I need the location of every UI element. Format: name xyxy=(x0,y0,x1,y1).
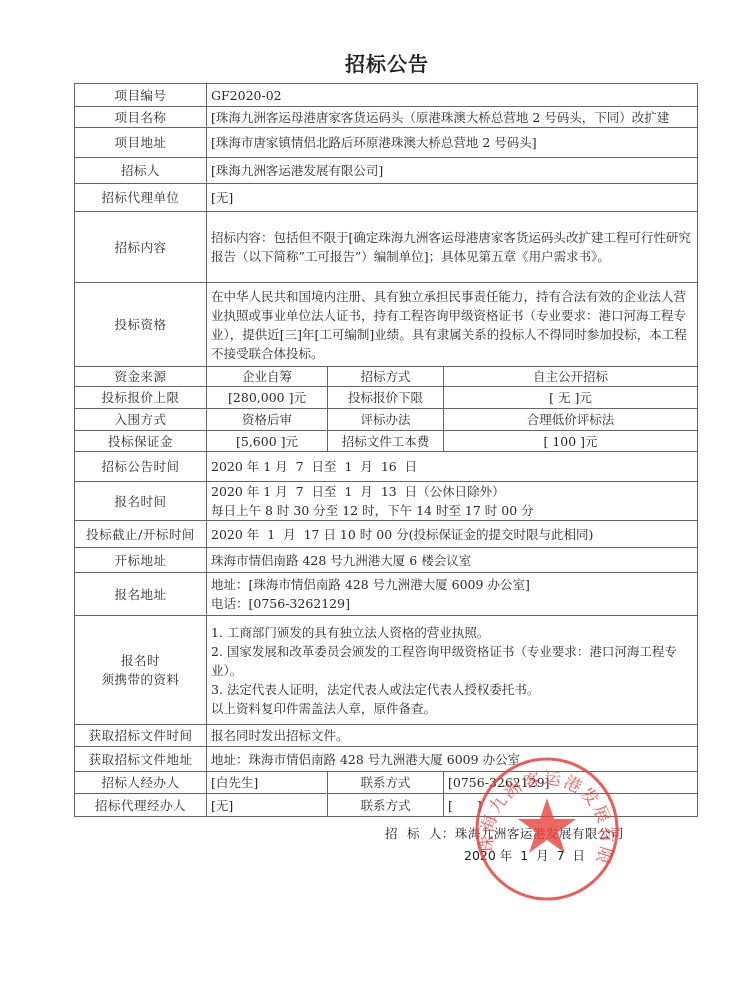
value-register-time: 2020 年 1 月 7 日至 1 月 13 日（公休日除外） 每日上午 8 时… xyxy=(207,482,698,521)
row-materials: 报名时 须携带的资料 1. 工商部门颁发的具有独立法人资格的营业执照。 2. 国… xyxy=(75,616,698,725)
value-price-cap: [280,000 ]元 xyxy=(207,387,328,409)
row-notice-time: 招标公告时间 2020 年 1 月 7 日至 1 月 16 日 xyxy=(75,452,698,482)
value-project-no: GF2020-02 xyxy=(207,84,698,107)
register-phone-line: 电话：[0756-3262129] xyxy=(211,594,693,613)
value-opening-address: 珠海市情侣南路 428 号九洲港大厦 6 楼会议室 xyxy=(207,548,698,573)
label-doc-time: 获取招标文件时间 xyxy=(75,725,207,747)
row-content: 招标内容 招标内容：包括但不限于[确定珠海九洲客运母港唐家客货运码头改扩建工程可… xyxy=(75,212,698,283)
label-evaluation: 评标办法 xyxy=(328,409,444,431)
row-agency: 招标代理单位 [无] xyxy=(75,184,698,212)
label-content: 招标内容 xyxy=(75,212,207,283)
value-agency-contact: [ ] xyxy=(444,794,698,817)
materials-item-1: 1. 工商部门颁发的具有独立法人资格的营业执照。 xyxy=(211,623,693,642)
value-tenderer-contact: [0756-3262129] xyxy=(444,772,698,794)
signature-tenderer: 招 标 人：珠海九洲客运港发展有限公司 xyxy=(385,824,624,842)
label-doc-address: 获取招标文件地址 xyxy=(75,747,207,772)
value-bond: [5,600 ]元 xyxy=(207,431,328,452)
value-agency: [无] xyxy=(207,184,698,212)
row-project-name: 项目名称 [珠海九洲客运母港唐家客货运码头（原港珠澳大桥总营地 2 号码头，下同… xyxy=(75,107,698,128)
register-address-line: 地址：[珠海市情侣南路 428 号九洲港大厦 6009 办公室] xyxy=(211,575,693,594)
register-daily-hours: 每日上午 8 时 30 分至 12 时，下午 14 时至 17 时 00 分 xyxy=(211,501,693,520)
value-tender-method: 自主公开招标 xyxy=(444,367,698,387)
page-title: 招标公告 xyxy=(0,48,740,77)
value-price-floor: [ 无 ]元 xyxy=(444,387,698,409)
value-agency-handler: [无] xyxy=(207,794,328,817)
row-tenderer: 招标人 [珠海九洲客运港发展有限公司] xyxy=(75,158,698,184)
row-fund-source: 资金来源 企业自筹 招标方式 自主公开招标 xyxy=(75,367,698,387)
label-notice-time: 招标公告时间 xyxy=(75,452,207,482)
register-date-range: 2020 年 1 月 7 日至 1 月 13 日（公休日除外） xyxy=(211,482,693,501)
materials-label-line1: 报名时 xyxy=(79,651,202,670)
value-doc-fee: [ 100 ]元 xyxy=(444,431,698,452)
label-tenderer: 招标人 xyxy=(75,158,207,184)
row-doc-time: 获取招标文件时间 报名同时发出招标文件。 xyxy=(75,725,698,747)
row-tenderer-contact: 招标人经办人 [白先生] 联系方式 [0756-3262129] xyxy=(75,772,698,794)
row-opening-address: 开标地址 珠海市情侣南路 428 号九洲港大厦 6 楼会议室 xyxy=(75,548,698,573)
row-register-address: 报名地址 地址：[珠海市情侣南路 428 号九洲港大厦 6009 办公室] 电话… xyxy=(75,573,698,616)
label-agency-contact: 联系方式 xyxy=(328,794,444,817)
label-price-cap: 投标报价上限 xyxy=(75,387,207,409)
value-shortlist: 资格后审 xyxy=(207,409,328,431)
row-register-time: 报名时间 2020 年 1 月 7 日至 1 月 13 日（公休日除外） 每日上… xyxy=(75,482,698,521)
label-deadline: 投标截止/开标时间 xyxy=(75,521,207,548)
row-shortlist: 入围方式 资格后审 评标办法 合理低价评标法 xyxy=(75,409,698,431)
label-tenderer-handler: 招标人经办人 xyxy=(75,772,207,794)
materials-label-line2: 须携带的资料 xyxy=(79,670,202,689)
label-doc-fee: 招标文件工本费 xyxy=(328,431,444,452)
label-project-address: 项目地址 xyxy=(75,128,207,158)
row-bond: 投标保证金 [5,600 ]元 招标文件工本费 [ 100 ]元 xyxy=(75,431,698,452)
value-content: 招标内容：包括但不限于[确定珠海九洲客运母港唐家客货运码头改扩建工程可行性研究报… xyxy=(207,212,698,283)
label-fund-source: 资金来源 xyxy=(75,367,207,387)
signature-date: 2020 年 1 月 7 日 xyxy=(464,846,585,864)
row-project-address: 项目地址 [珠海市唐家镇情侣北路后环原港珠澳大桥总营地 2 号码头] xyxy=(75,128,698,158)
label-qualification: 投标资格 xyxy=(75,283,207,367)
row-project-no: 项目编号 GF2020-02 xyxy=(75,84,698,107)
value-evaluation: 合理低价评标法 xyxy=(444,409,698,431)
row-doc-address: 获取招标文件地址 地址：珠海市情侣南路 428 号九洲港大厦 6009 办公室 xyxy=(75,747,698,772)
value-tenderer: [珠海九洲客运港发展有限公司] xyxy=(207,158,698,184)
label-project-name: 项目名称 xyxy=(75,107,207,128)
row-deadline: 投标截止/开标时间 2020 年 1 月 17 日 10 时 00 分(投标保证… xyxy=(75,521,698,548)
value-qualification: 在中华人民共和国境内注册、具有独立承担民事责任能力，持有合法有效的企业法人营业执… xyxy=(207,283,698,367)
label-register-time: 报名时间 xyxy=(75,482,207,521)
materials-item-2: 2. 国家发展和改革委员会颁发的工程咨询甲级资格证书（专业要求：港口河海工程专业… xyxy=(211,642,693,680)
value-deadline: 2020 年 1 月 17 日 10 时 00 分(投标保证金的提交时限与此相同… xyxy=(207,521,698,548)
label-price-floor: 投标报价下限 xyxy=(328,387,444,409)
materials-item-3: 3. 法定代表人证明，法定代表人或法定代表人授权委托书。 xyxy=(211,680,693,699)
label-agency: 招标代理单位 xyxy=(75,184,207,212)
label-tender-method: 招标方式 xyxy=(328,367,444,387)
value-tenderer-handler: [白先生] xyxy=(207,772,328,794)
value-notice-time: 2020 年 1 月 7 日至 1 月 16 日 xyxy=(207,452,698,482)
label-agency-handler: 招标代理经办人 xyxy=(75,794,207,817)
value-project-name: [珠海九洲客运母港唐家客货运码头（原港珠澳大桥总营地 2 号码头，下同）改扩建 xyxy=(207,107,698,128)
label-bond: 投标保证金 xyxy=(75,431,207,452)
value-register-address: 地址：[珠海市情侣南路 428 号九洲港大厦 6009 办公室] 电话：[075… xyxy=(207,573,698,616)
tender-notice-table: 项目编号 GF2020-02 项目名称 [珠海九洲客运母港唐家客货运码头（原港珠… xyxy=(74,83,698,817)
label-project-no: 项目编号 xyxy=(75,84,207,107)
label-materials: 报名时 须携带的资料 xyxy=(75,616,207,725)
row-price-cap: 投标报价上限 [280,000 ]元 投标报价下限 [ 无 ]元 xyxy=(75,387,698,409)
row-qualification: 投标资格 在中华人民共和国境内注册、具有独立承担民事责任能力，持有合法有效的企业… xyxy=(75,283,698,367)
value-doc-time: 报名同时发出招标文件。 xyxy=(207,725,698,747)
value-fund-source: 企业自筹 xyxy=(207,367,328,387)
value-project-address: [珠海市唐家镇情侣北路后环原港珠澳大桥总营地 2 号码头] xyxy=(207,128,698,158)
row-agency-contact: 招标代理经办人 [无] 联系方式 [ ] xyxy=(75,794,698,817)
label-register-address: 报名地址 xyxy=(75,573,207,616)
value-doc-address: 地址：珠海市情侣南路 428 号九洲港大厦 6009 办公室 xyxy=(207,747,698,772)
label-opening-address: 开标地址 xyxy=(75,548,207,573)
materials-note: 以上资料复印件需盖法人章，原件备查。 xyxy=(211,699,693,718)
value-materials: 1. 工商部门颁发的具有独立法人资格的营业执照。 2. 国家发展和改革委员会颁发… xyxy=(207,616,698,725)
label-tenderer-contact: 联系方式 xyxy=(328,772,444,794)
label-shortlist: 入围方式 xyxy=(75,409,207,431)
